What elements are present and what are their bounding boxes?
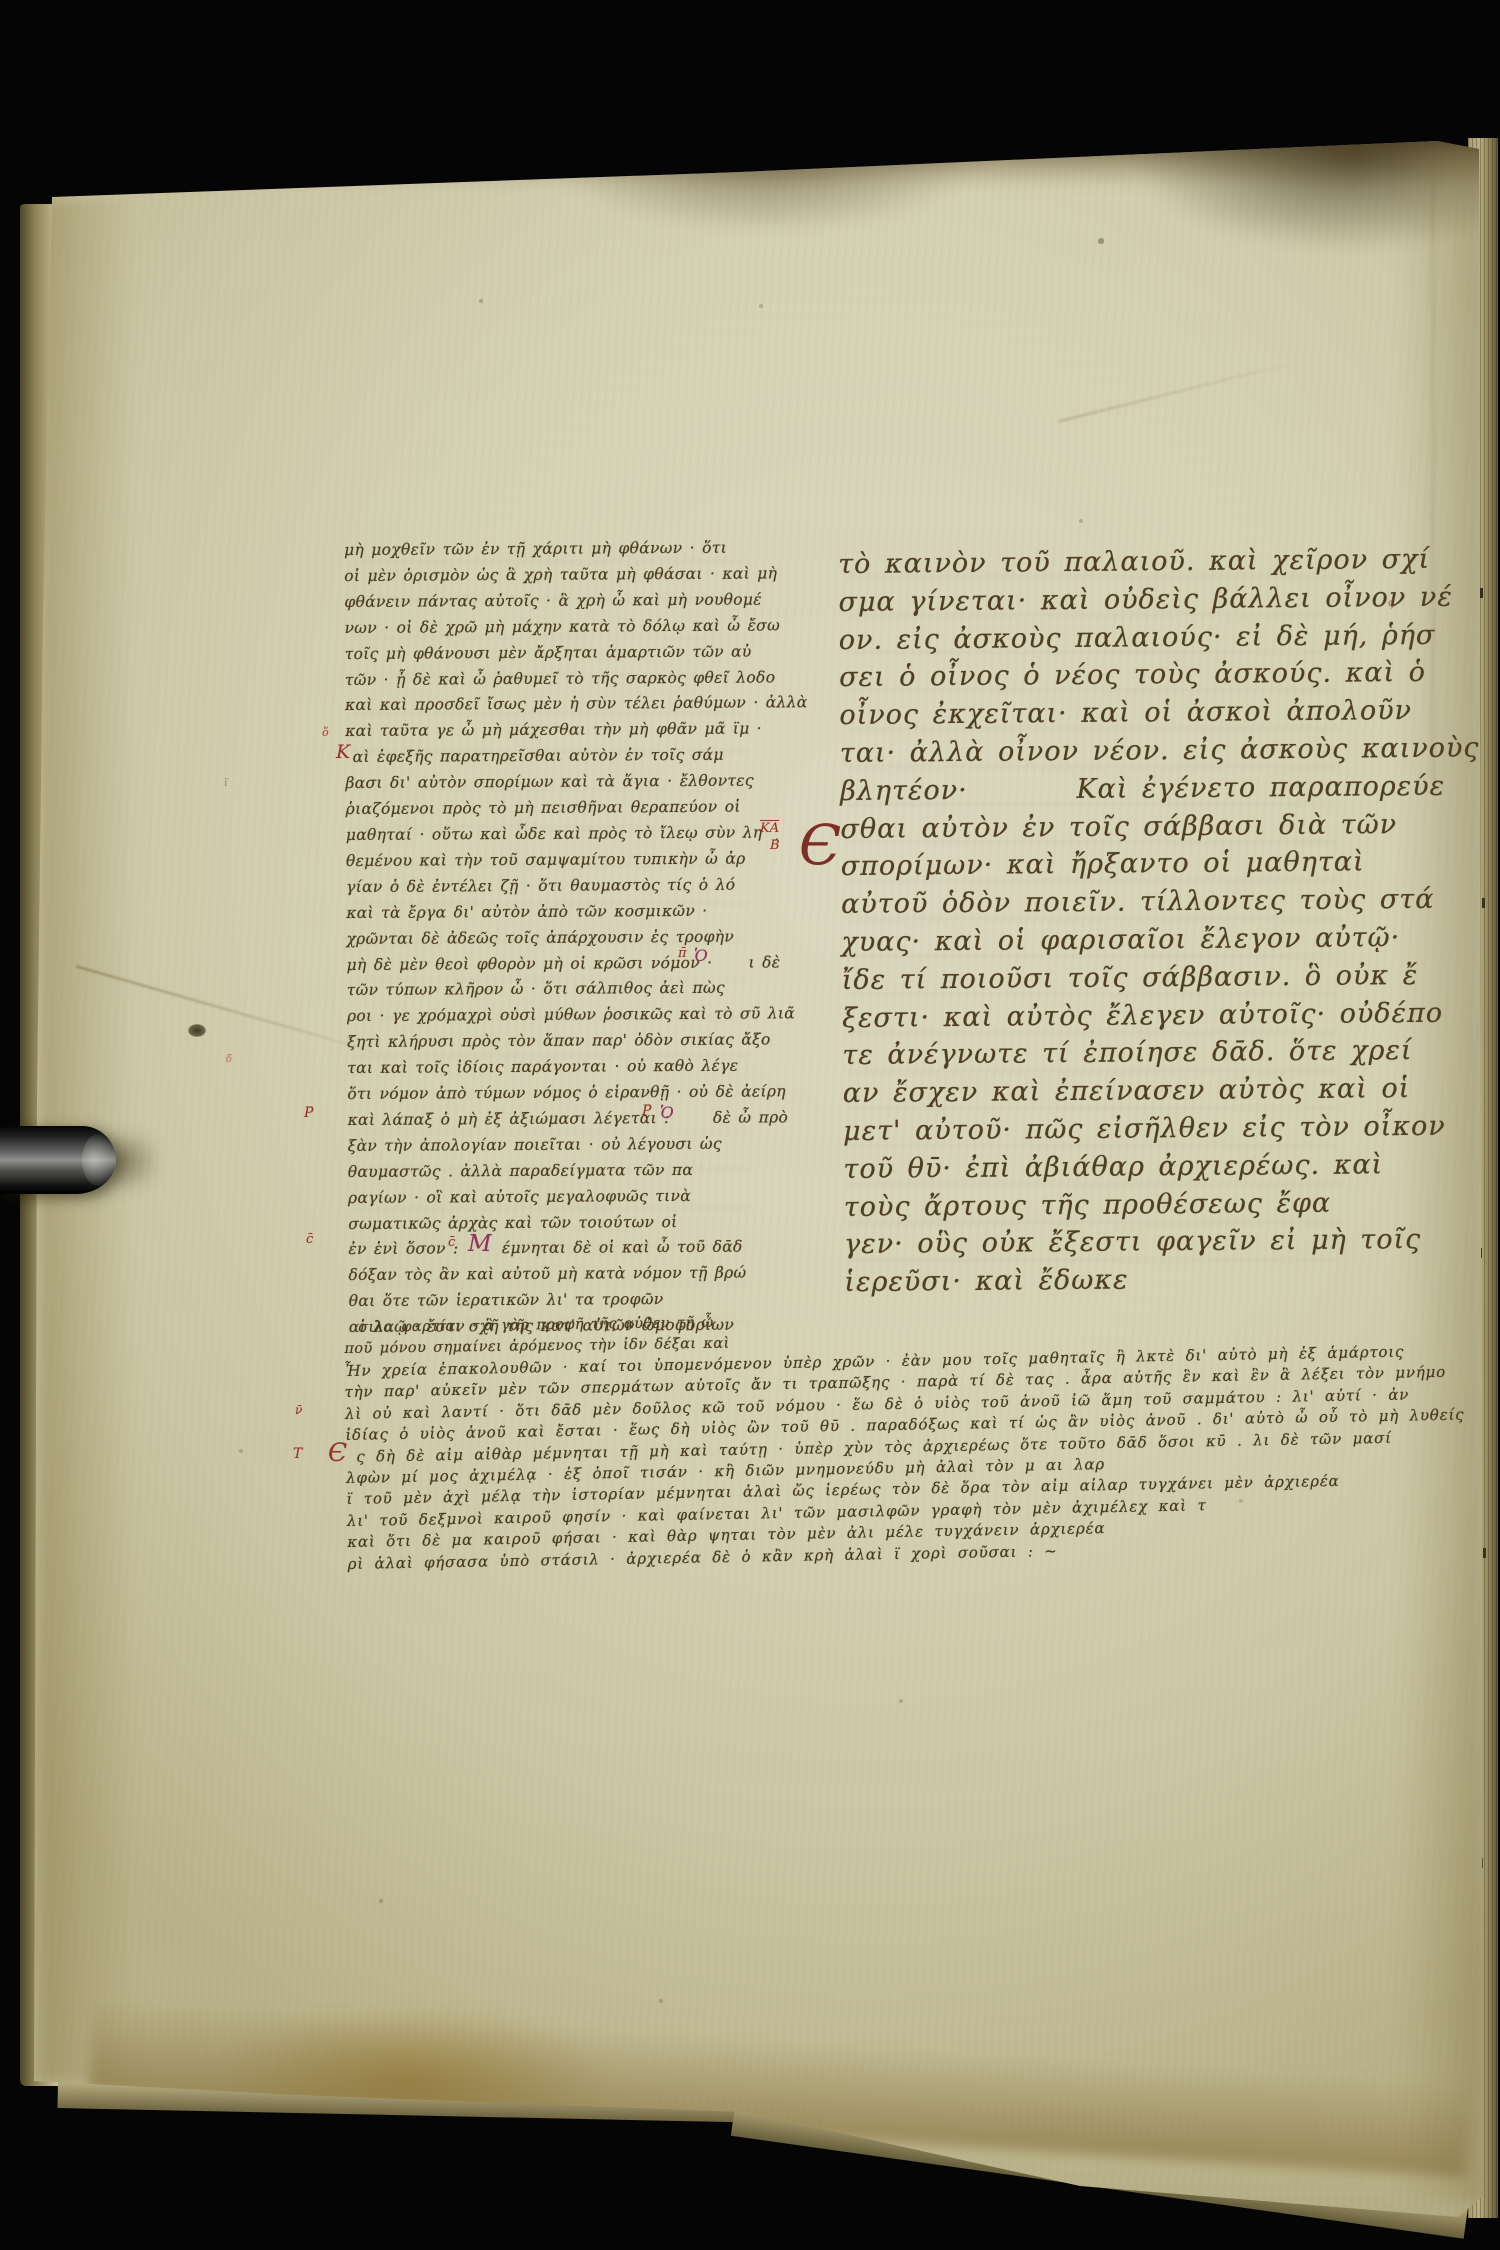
clip-pressure-shadow	[112, 1128, 162, 1194]
photo-backdrop: { "palette": { "backdrop": "#050505", "p…	[0, 0, 1500, 2250]
margin-omicron-mark: ὅ	[322, 727, 329, 738]
inline-rho-mark: Ρ̄	[642, 1104, 651, 1118]
rubric-layer: ΚΑΒ̂ЄΚὅπ̄ὉΡ̄Ρ̄Ὁϲ̄ϲ̄Μν̄Τ̄Єϛϊδ̄	[0, 0, 1500, 2250]
margin-tau-mark: Τ̄	[293, 1447, 302, 1461]
initial-kappa-left-column: Κ	[336, 743, 350, 762]
kephalaion-mark-ka: ΚΑ	[760, 822, 779, 835]
margin-rho-mark: Ρ̄	[304, 1106, 313, 1120]
initial-epsilon-right-column: Є	[799, 818, 841, 873]
margin-tick-1: ϊ	[224, 779, 228, 789]
manuscript-page: μὴ μοχθεῖν τῶν ἐν τῇ χάριτι μὴ φθάνων · …	[0, 0, 1500, 2250]
margin-nu-mark: ν̄	[295, 1404, 302, 1416]
fore-edge-sewing-marks	[1480, 588, 1483, 598]
inline-omicron-purple-2: Ὁ	[660, 1105, 674, 1121]
inline-omicron-purple: Ὁ	[694, 948, 708, 964]
initial-epsilon-bottom-block: Є	[328, 1440, 347, 1465]
margin-sigma-mark: ϲ̄	[306, 1233, 313, 1246]
clip-tip-highlight	[82, 1134, 114, 1186]
ink-speckles	[0, 0, 2, 2]
inline-sigma-mark: ϲ̄	[448, 1236, 455, 1249]
binder-clip	[0, 1126, 116, 1194]
margin-stigma-right: ϛ	[1388, 597, 1394, 608]
margin-tick-2: δ̄	[226, 1055, 232, 1065]
inline-pi-mark: π̄	[678, 947, 687, 960]
initial-mu-purple: Μ	[468, 1233, 492, 1256]
kephalaion-mark-b: Β̂	[770, 839, 780, 852]
